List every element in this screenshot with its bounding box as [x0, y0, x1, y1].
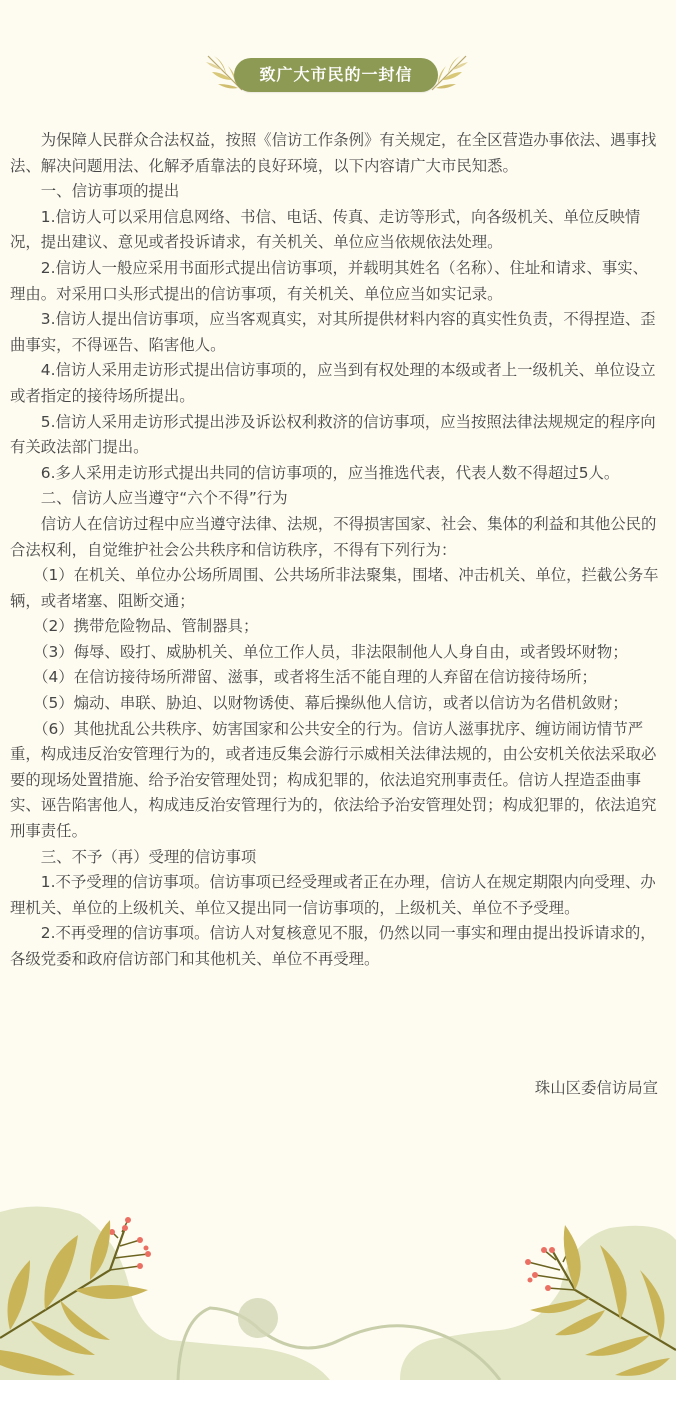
botanical-footer-illustration	[0, 1180, 676, 1380]
paragraph: 2.信访人一般应采用书面形式提出信访事项，并载明其姓名（名称）、住址和请求、事实…	[10, 256, 660, 307]
letter-body: 为保障人民群众合法权益，按照《信访工作条例》有关规定，在全区营造办事依法、遇事找…	[10, 128, 660, 973]
section-heading-1: 一、信访事项的提出	[10, 179, 660, 205]
paragraph: 信访人在信访过程中应当遵守法律、法规，不得损害国家、社会、集体的利益和其他公民的…	[10, 512, 660, 563]
paragraph: 1.信访人可以采用信息网络、书信、电话、传真、走访等形式，向各级机关、单位反映情…	[10, 205, 660, 256]
leaf-sprig-icon	[426, 50, 472, 96]
list-item: （6）其他扰乱公共秩序、妨害国家和公共安全的行为。信访人滋事扰序、缠访闹访情节严…	[10, 717, 660, 845]
list-item: （5）煽动、串联、胁迫、以财物诱使、幕后操纵他人信访，或者以信访为名借机敛财；	[10, 691, 660, 717]
paragraph: 4.信访人采用走访形式提出信访事项的，应当到有权处理的本级或者上一级机关、单位设…	[10, 358, 660, 409]
paragraph: 1.不予受理的信访事项。信访事项已经受理或者正在办理，信访人在规定期限内向受理、…	[10, 870, 660, 921]
paragraph: 5.信访人采用走访形式提出涉及诉讼权利救济的信访事项，应当按照法律法规规定的程序…	[10, 410, 660, 461]
title-banner: 致广大市民的一封信	[202, 50, 472, 96]
page-title: 致广大市民的一封信	[234, 58, 438, 92]
list-item: （4）在信访接待场所滞留、滋事，或者将生活不能自理的人弃留在信访接待场所；	[10, 665, 660, 691]
letter-card: 致广大市民的一封信 为保障人民群众合法权益，按照《信访工作条例》有关规定，在全区…	[0, 0, 676, 1380]
title-pill: 致广大市民的一封信	[234, 58, 438, 92]
list-item: （1）在机关、单位办公场所周围、公共场所非法聚集，围堵、冲击机关、单位，拦截公务…	[10, 563, 660, 614]
list-item: （2）携带危险物品、管制器具；	[10, 614, 660, 640]
section-heading-3: 三、不予（再）受理的信访事项	[10, 845, 660, 871]
paragraph: 3.信访人提出信访事项，应当客观真实，对其所提供材料内容的真实性负责，不得捏造、…	[10, 307, 660, 358]
signature: 珠山区委信访局宣	[535, 1076, 658, 1100]
section-heading-2: 二、信访人应当遵守“六个不得”行为	[10, 486, 660, 512]
paragraph: 6.多人采用走访形式提出共同的信访事项的，应当推选代表，代表人数不得超过5人。	[10, 461, 660, 487]
paragraph: 2.不再受理的信访事项。信访人对复核意见不服，仍然以同一事实和理由提出投诉请求的…	[10, 921, 660, 972]
list-item: （3）侮辱、殴打、威胁机关、单位工作人员，非法限制他人人身自由，或者毁坏财物；	[10, 640, 660, 666]
intro-paragraph: 为保障人民群众合法权益，按照《信访工作条例》有关规定，在全区营造办事依法、遇事找…	[10, 128, 660, 179]
